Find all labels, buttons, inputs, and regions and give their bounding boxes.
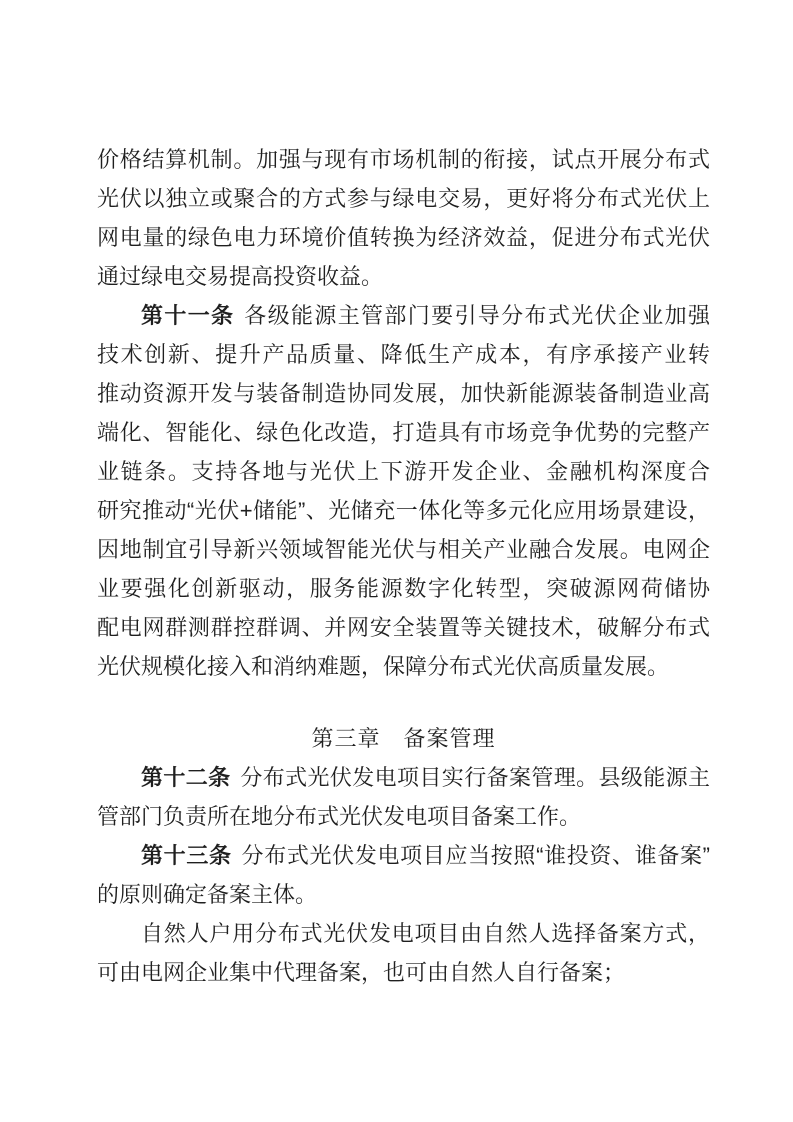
- paragraph-article-13: 第十三条分布式光伏发电项目应当按照“谁投资、谁备案” 的原则确定备案主体。: [97, 836, 710, 914]
- paragraph-price-settlement: 价格结算机制。加强与现有市场机制的衔接，试点开展分布式 光伏以独立或聚合的方式参…: [97, 140, 710, 296]
- text-line: 价格结算机制。加强与现有市场机制的衔接，试点开展分布式: [97, 140, 710, 179]
- text-line: 光伏以独立或聚合的方式参与绿电交易，更好将分布式光伏上: [97, 179, 710, 218]
- text-line: 的原则确定备案主体。: [97, 875, 710, 914]
- text-line: 管部门负责所在地分布式光伏发电项目备案工作。: [97, 797, 710, 836]
- text-line: 第十二条分布式光伏发电项目实行备案管理。县级能源主: [97, 758, 710, 797]
- document-body: 价格结算机制。加强与现有市场机制的衔接，试点开展分布式 光伏以独立或聚合的方式参…: [97, 140, 710, 992]
- text-line: 光伏规模化接入和消纳难题，保障分布式光伏高质量发展。: [97, 647, 710, 686]
- article-11-number: 第十一条: [141, 303, 234, 328]
- article-13-first-line: 分布式光伏发电项目应当按照“谁投资、谁备案”: [242, 843, 710, 868]
- article-11-first-line: 各级能源主管部门要引导分布式光伏企业加强: [244, 303, 710, 328]
- paragraph-natural-person-filing: 自然人户用分布式光伏发电项目由自然人选择备案方式， 可由电网企业集中代理备案，也…: [97, 914, 710, 992]
- text-line: 业要强化创新驱动，服务能源数字化转型，突破源网荷储协同、: [97, 569, 710, 608]
- text-line: 研究推动“光伏+储能”、光储充一体化等多元化应用场景建设，: [97, 491, 710, 530]
- text-line: 通过绿电交易提高投资收益。: [97, 257, 710, 296]
- article-13-number: 第十三条: [141, 843, 232, 868]
- text-line: 第十三条分布式光伏发电项目应当按照“谁投资、谁备案”: [97, 836, 710, 875]
- article-12-first-line: 分布式光伏发电项目实行备案管理。县级能源主: [240, 765, 710, 790]
- article-12-number: 第十二条: [141, 765, 231, 790]
- paragraph-article-12: 第十二条分布式光伏发电项目实行备案管理。县级能源主 管部门负责所在地分布式光伏发…: [97, 758, 710, 836]
- text-line: 端化、智能化、绿色化改造，打造具有市场竞争优势的完整产: [97, 413, 710, 452]
- text-line: 自然人户用分布式光伏发电项目由自然人选择备案方式，: [97, 914, 710, 953]
- paragraph-article-11: 第十一条各级能源主管部门要引导分布式光伏企业加强 技术创新、提升产品质量、降低生…: [97, 296, 710, 686]
- chapter-3-heading: 第三章 备案管理: [97, 719, 710, 758]
- text-line: 可由电网企业集中代理备案，也可由自然人自行备案；: [97, 953, 710, 992]
- document-page: 价格结算机制。加强与现有市场机制的衔接，试点开展分布式 光伏以独立或聚合的方式参…: [0, 0, 793, 1122]
- text-line: 推动资源开发与装备制造协同发展，加快新能源装备制造业高: [97, 374, 710, 413]
- text-line: 第十一条各级能源主管部门要引导分布式光伏企业加强: [97, 296, 710, 335]
- text-line: 配电网群测群控群调、并网安全装置等关键技术，破解分布式: [97, 608, 710, 647]
- text-line: 业链条。支持各地与光伏上下游开发企业、金融机构深度合作，: [97, 452, 710, 491]
- text-line: 网电量的绿色电力环境价值转换为经济效益，促进分布式光伏: [97, 218, 710, 257]
- filing-first-line: 自然人户用分布式光伏发电项目由自然人选择备案方式，: [141, 921, 710, 946]
- text-line: 因地制宜引导新兴领域智能光伏与相关产业融合发展。电网企: [97, 530, 710, 569]
- text-line: 技术创新、提升产品质量、降低生产成本，有序承接产业转移，: [97, 335, 710, 374]
